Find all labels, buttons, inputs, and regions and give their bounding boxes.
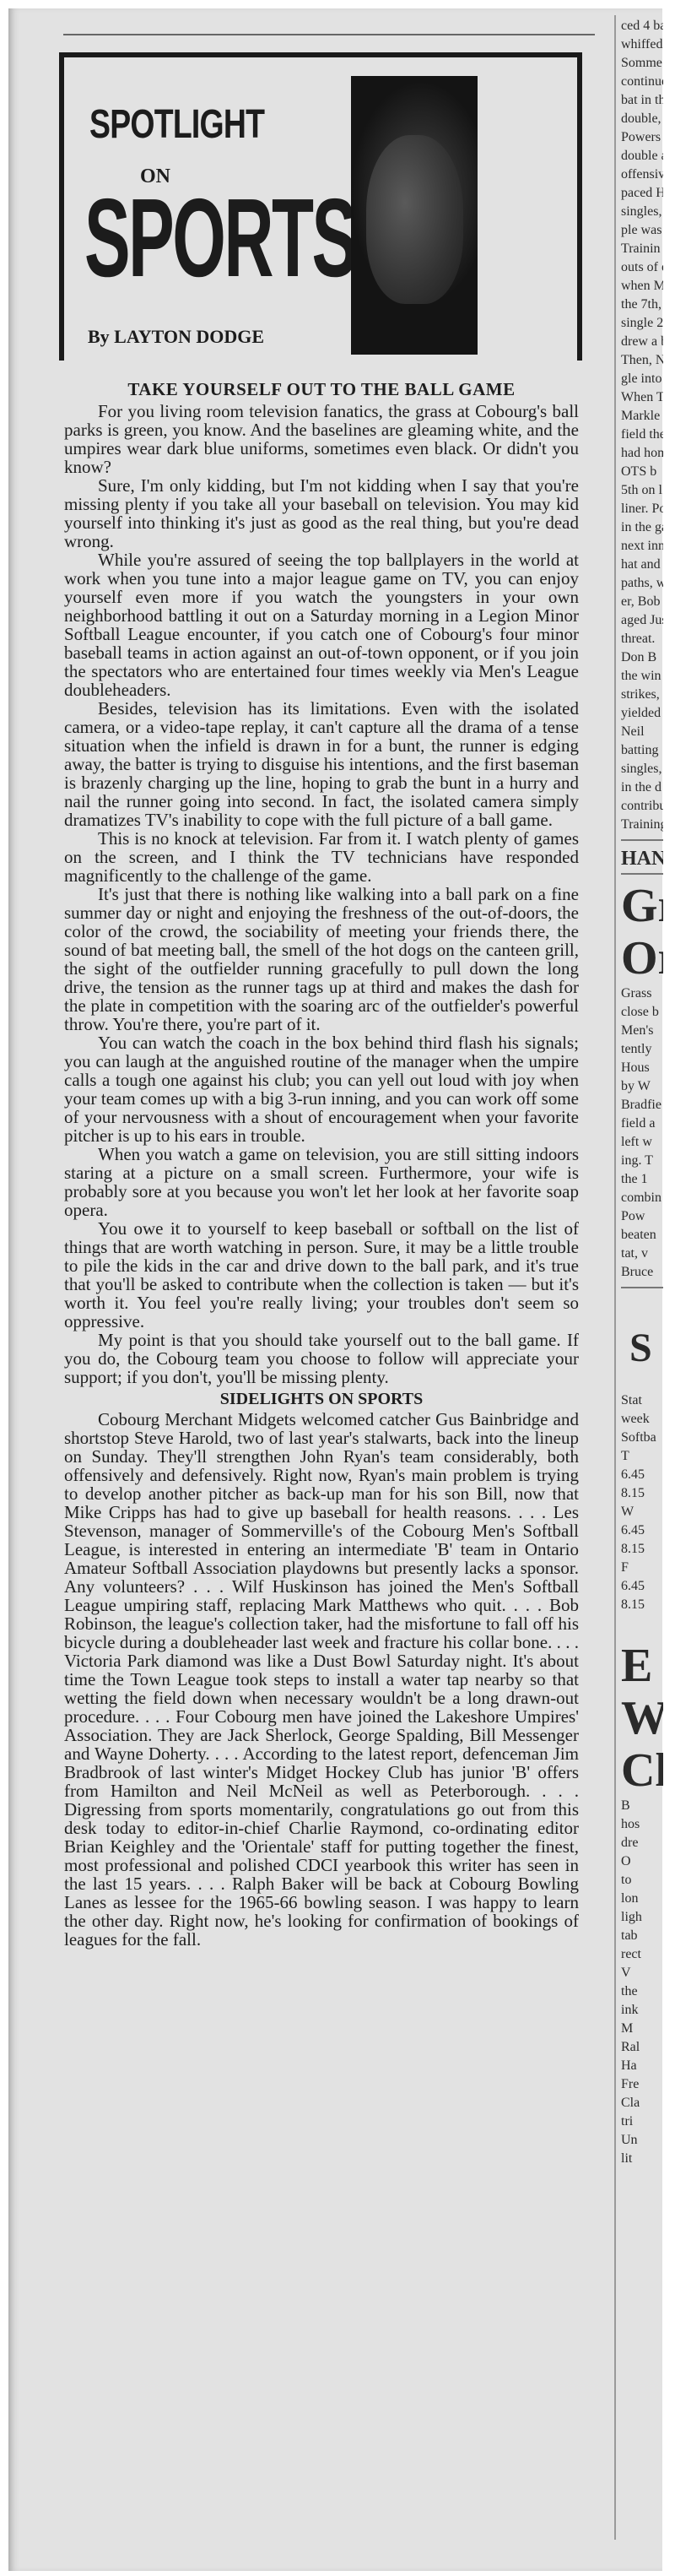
fragment-line: tri	[621, 2112, 663, 2131]
fragment-line: W	[621, 1503, 663, 1521]
article-paragraph: You owe it to yourself to keep baseball …	[64, 1219, 579, 1331]
fragment-line: Softba	[621, 1429, 663, 1447]
fragment-line: tently	[621, 1040, 663, 1059]
adjacent-column-fragment: ced 4 basewhiffed 1Sommecontinuedbat in …	[621, 17, 663, 2550]
fragment-line: 6.45	[621, 1466, 663, 1484]
fragment-line: O	[621, 1852, 663, 1871]
article-paragraph: For you living room television fanatics,…	[64, 402, 579, 476]
fragment-line: outs of e	[621, 258, 663, 277]
fragment-line: single 2nd	[621, 314, 663, 333]
fragment-line: lit	[621, 2150, 663, 2168]
main-column: SPOTLIGHT ON SPORTS By LAYTON DODGE TAKE…	[25, 8, 607, 2571]
fragment-line: M	[621, 2020, 663, 2038]
fragment-line: Then, Ne	[621, 351, 663, 370]
fragment-line: Cl	[621, 1744, 663, 1797]
fragment-line: ligh	[621, 1908, 663, 1927]
fragment-line: Bradfie	[621, 1096, 663, 1114]
article-headline: TAKE YOURSELF OUT TO THE BALL GAME	[64, 380, 579, 399]
article-paragraph: This is no knock at television. Far from…	[64, 829, 579, 885]
article-paragraphs: For you living room television fanatics,…	[64, 402, 579, 1386]
fragment-line: V	[621, 1964, 663, 1982]
fragment-line: Ral	[621, 2038, 663, 2057]
fragment-line: yielded	[621, 704, 663, 723]
fragment-line: Hous	[621, 1059, 663, 1077]
columnist-photo	[351, 76, 478, 355]
fragment-line: Stat	[621, 1391, 663, 1410]
fragment-line: gle into	[621, 370, 663, 388]
adjacent-text-mid: Grassclose bMen'stentlyHousby WBradfiefi…	[621, 984, 663, 1282]
article-paragraph: While you're assured of seeing the top b…	[64, 550, 579, 699]
fragment-line: when Men	[621, 277, 663, 296]
fragment-line: double an	[621, 147, 663, 165]
fragment-line: in the ga	[621, 518, 663, 537]
fragment-line: rect	[621, 1945, 663, 1964]
fragment-line: Fre	[621, 2075, 663, 2094]
fragment-line: Don B	[621, 648, 663, 667]
article-paragraph: Besides, television has its limitations.…	[64, 699, 579, 829]
fragment-line: 6.45	[621, 1577, 663, 1596]
fragment-line: whiffed 1	[621, 35, 663, 54]
sidelights-paragraph: Cobourg Merchant Midgets welcomed catche…	[64, 1410, 579, 1949]
fragment-line: Pow	[621, 1207, 663, 1226]
fragment-line: Cla	[621, 2094, 663, 2112]
column-title-spotlight: SPOTLIGHT	[89, 101, 264, 148]
fragment-line: liner. Po	[621, 500, 663, 518]
fragment-line: B	[621, 1797, 663, 1815]
article-paragraph: When you watch a game on television, you…	[64, 1145, 579, 1219]
fragment-line: drew a b	[621, 333, 663, 351]
fragment-line: lon	[621, 1890, 663, 1908]
fragment-line: strikes,	[621, 686, 663, 704]
article-paragraph: My point is that you should take yoursel…	[64, 1331, 579, 1386]
fragment-line: Markle at	[621, 407, 663, 426]
fragment-line: the	[621, 1982, 663, 2001]
fragment-line: ink	[621, 2001, 663, 2020]
fragment-line: the 7th, I	[621, 296, 663, 314]
fragment-line: Training	[621, 816, 663, 834]
adjacent-headline-1: GrOr	[621, 880, 663, 984]
fragment-line: close b	[621, 1003, 663, 1022]
fragment-line: Neil	[621, 723, 663, 741]
fragment-line: er, Bob l	[621, 593, 663, 611]
adjacent-headline-2: EWCl	[621, 1640, 663, 1797]
fragment-line: paths, w	[621, 574, 663, 593]
fragment-line: F	[621, 1559, 663, 1577]
fragment-line: Bruce	[621, 1263, 663, 1282]
fragment-line: offensive	[621, 165, 663, 184]
fragment-line: field the	[621, 426, 663, 444]
column-title-sports: SPORTS	[84, 182, 356, 294]
fragment-line: in the d	[621, 778, 663, 797]
fragment-line: Trainin	[621, 240, 663, 258]
fragment-line: field a	[621, 1114, 663, 1133]
section-rule	[621, 839, 663, 841]
article-body: TAKE YOURSELF OUT TO THE BALL GAME For y…	[64, 380, 579, 1949]
fragment-line: 6.45	[621, 1521, 663, 1540]
fragment-line: beaten	[621, 1226, 663, 1245]
fragment-line: Men's	[621, 1022, 663, 1040]
section-label: HAN	[621, 849, 663, 868]
fragment-line: singles, G	[621, 203, 663, 221]
fragment-line: week	[621, 1410, 663, 1429]
adjacent-text-bottom: BhosdreOtolonlightabrectVtheinkMRalHaFre…	[621, 1797, 663, 2168]
section-rule	[621, 1287, 663, 1288]
fragment-line: 8.15	[621, 1596, 663, 1614]
fragment-line: Un	[621, 2131, 663, 2150]
fragment-line: hos	[621, 1815, 663, 1834]
fragment-line: had hom	[621, 444, 663, 463]
fragment-line: 8.15	[621, 1484, 663, 1503]
fragment-line: singles,	[621, 760, 663, 778]
fragment-line: hat and l	[621, 556, 663, 574]
fragment-line: Or	[621, 932, 663, 984]
portrait-face	[366, 135, 463, 304]
fragment-line: left w	[621, 1133, 663, 1152]
fragment-line: the win	[621, 667, 663, 686]
article-paragraph: It's just that there is nothing like wal…	[64, 885, 579, 1033]
fragment-line: dre	[621, 1834, 663, 1852]
fragment-line: ple was	[621, 221, 663, 240]
fragment-line: 5th on l	[621, 481, 663, 500]
fragment-line: to	[621, 1871, 663, 1890]
adjacent-big-letter: S	[629, 1322, 663, 1375]
article-paragraph: Sure, I'm only kidding, but I'm not kidd…	[64, 476, 579, 550]
fragment-line: When To	[621, 388, 663, 407]
fragment-line: paced Hi	[621, 184, 663, 203]
fragment-line: tab	[621, 1927, 663, 1945]
top-rule	[63, 34, 595, 35]
column-rule	[614, 15, 616, 2540]
article-paragraph: You can watch the coach in the box behin…	[64, 1033, 579, 1145]
fragment-line: W	[621, 1692, 663, 1744]
adjacent-text-top: ced 4 basewhiffed 1Sommecontinuedbat in …	[621, 17, 663, 834]
fragment-line: by W	[621, 1077, 663, 1096]
fragment-line: the 1	[621, 1170, 663, 1189]
column-header-box: SPOTLIGHT ON SPORTS By LAYTON DODGE	[59, 52, 582, 361]
fragment-line: double, to	[621, 110, 663, 128]
fragment-line: T	[621, 1447, 663, 1466]
fragment-line: next inni	[621, 537, 663, 556]
fragment-line: threat.	[621, 630, 663, 648]
fragment-line: Gr	[621, 880, 663, 932]
adjacent-schedule: StatweekSoftbaT6.458.15W6.458.15F6.458.1…	[621, 1391, 663, 1614]
newspaper-clipping: SPOTLIGHT ON SPORTS By LAYTON DODGE TAKE…	[8, 8, 662, 2571]
fragment-line: tat, v	[621, 1245, 663, 1263]
fragment-line: ing. T	[621, 1152, 663, 1170]
fragment-line: batting	[621, 741, 663, 760]
fragment-line: bat in the	[621, 91, 663, 110]
fragment-line: ced 4 base	[621, 17, 663, 35]
byline: By LAYTON DODGE	[88, 326, 264, 348]
fragment-line: Grass	[621, 984, 663, 1003]
section-rule	[621, 873, 663, 875]
fragment-line: continued	[621, 73, 663, 91]
article-subheadline: SIDELIGHTS ON SPORTS	[64, 1390, 579, 1408]
fragment-line: Ha	[621, 2057, 663, 2075]
fragment-line: E	[621, 1640, 663, 1692]
fragment-line: combin	[621, 1189, 663, 1207]
fragment-line: contribu	[621, 797, 663, 816]
fragment-line: aged Jus	[621, 611, 663, 630]
fragment-line: Powers ch	[621, 128, 663, 147]
fragment-line: Somme	[621, 54, 663, 73]
fragment-line: OTS b	[621, 463, 663, 481]
fragment-line: 8.15	[621, 1540, 663, 1559]
